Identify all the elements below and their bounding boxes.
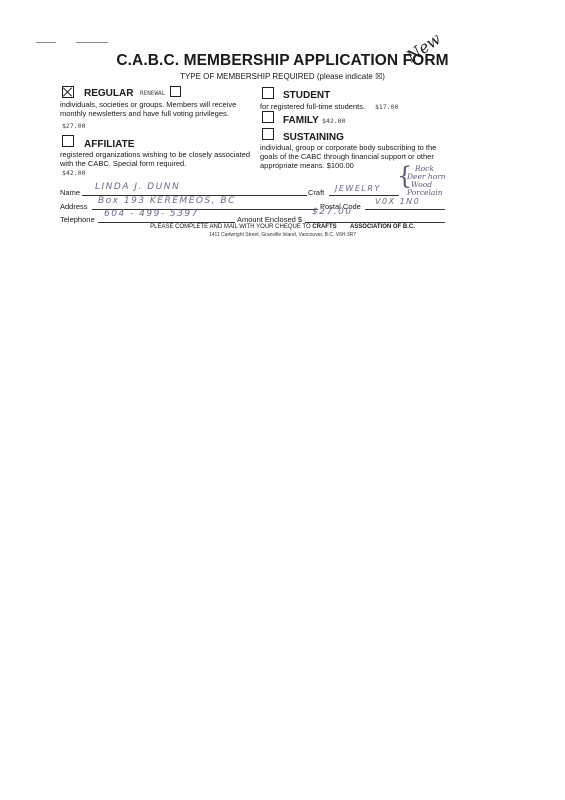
craft-note: Porcelain (407, 189, 446, 197)
family-price: $42.00 (322, 117, 345, 125)
renewal-label: RENEWAL (140, 90, 165, 97)
scan-mark (36, 42, 56, 43)
renewal-checkbox[interactable] (170, 86, 181, 97)
student-heading: STUDENT (283, 90, 330, 101)
name-field[interactable]: LINDA J. DUNN (95, 182, 180, 192)
craft-notes: Rock Deer horn Wood Porcelain (407, 165, 446, 197)
craft-label: Craft (308, 188, 324, 197)
sustaining-checkbox[interactable] (262, 128, 274, 140)
family-heading: FAMILY (283, 115, 319, 126)
craft-field[interactable]: JEWELRY (335, 184, 381, 193)
affiliate-heading: AFFILIATE (84, 139, 134, 150)
mailing-address: 1411 Cartwright Street, Granville Island… (0, 232, 565, 238)
address-label: Address (60, 202, 88, 211)
address-field[interactable]: Box 193 KEREMEOS, BC (98, 196, 236, 206)
form-title: C.A.B.C. MEMBERSHIP APPLICATION FORM (0, 52, 565, 70)
sustaining-heading: SUSTAINING (283, 132, 344, 143)
telephone-field[interactable]: 604 - 499- 5397 (104, 209, 199, 219)
name-label: Name (60, 188, 80, 197)
org-name-part-2: ASSOCIATION OF B.C. (350, 224, 415, 230)
postal-code-line (365, 209, 445, 210)
postal-code-field[interactable]: V0X 1N0 (375, 197, 420, 206)
affiliate-price: $42.00 (62, 169, 85, 177)
scan-mark (76, 42, 108, 43)
mailing-instructions-text: PLEASE COMPLETE AND MAIL WITH YOUR CHEQU… (150, 224, 310, 230)
student-description: for registered full-time students. (260, 102, 365, 111)
family-checkbox[interactable] (262, 111, 274, 123)
amount-enclosed-label: Amount Enclosed $ (237, 215, 302, 224)
craft-line (329, 195, 399, 196)
mailing-instructions: PLEASE COMPLETE AND MAIL WITH YOUR CHEQU… (0, 224, 565, 230)
telephone-label: Telephone (60, 215, 95, 224)
form-subtitle: TYPE OF MEMBERSHIP REQUIRED (please indi… (0, 72, 565, 81)
student-checkbox[interactable] (262, 87, 274, 99)
student-price: $17.00 (375, 103, 398, 111)
telephone-line (98, 222, 235, 223)
org-name-part-1: CRAFTS (312, 224, 336, 230)
regular-description: individuals, societies or groups. Member… (60, 100, 250, 118)
regular-checkbox[interactable] (62, 86, 74, 98)
amount-enclosed-field[interactable]: $27.00 (312, 207, 353, 217)
regular-heading: REGULAR (84, 88, 133, 99)
affiliate-description: registered organizations wishing to be c… (60, 150, 250, 168)
regular-price: $27.00 (62, 122, 85, 130)
amount-enclosed-line (305, 222, 445, 223)
affiliate-checkbox[interactable] (62, 135, 74, 147)
